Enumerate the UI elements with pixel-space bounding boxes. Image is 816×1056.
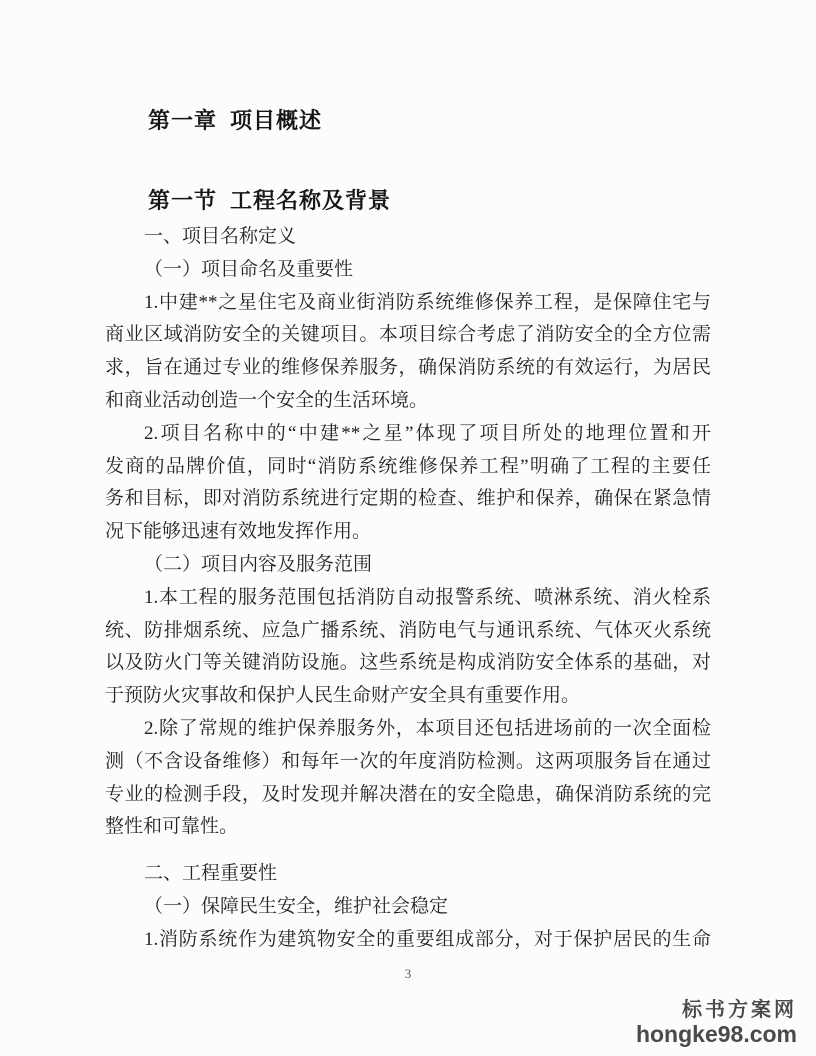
text-line: 整性和可靠性。 [105,811,711,844]
text-line: 1.消防系统作为建筑物安全的重要组成部分，对于保护居民的生命 [105,924,711,957]
text-line: 务和目标，即对消防系统进行定期的检查、维护和保养，确保在紧急情 [105,483,711,516]
text-line: （一）项目命名及重要性 [105,254,711,287]
section-title: 第一节 工程名称及背景 [148,187,391,215]
text-line: 2.除了常规的维护保养服务外，本项目还包括进场前的一次全面检 [105,713,711,746]
chapter-title: 第一章 项目概述 [148,107,322,135]
text-line: 测（不含设备维修）和每年一次的年度消防检测。这两项服务旨在通过 [105,746,711,779]
text-line: （一）保障民生安全，维护社会稳定 [105,891,711,924]
page-number: 3 [0,966,816,982]
watermark-site-url: hongke98.com [636,1022,797,1047]
text-line: 一、项目名称定义 [105,221,711,254]
document-page: 第一章 项目概述 第一节 工程名称及背景 一、项目名称定义（一）项目命名及重要性… [0,0,816,1056]
text-line: （二）项目内容及服务范围 [105,549,711,582]
text-line: 以及防火门等关键消防设施。这些系统是构成消防安全体系的基础，对 [105,647,711,680]
text-line: 专业的检测手段，及时发现并解决潜在的安全隐患，确保消防系统的完 [105,779,711,812]
watermark: 标书方案网 hongke98.com [636,999,797,1047]
text-line: 和商业活动创造一个安全的生活环境。 [105,385,711,418]
watermark-site-name: 标书方案网 [636,999,797,1022]
text-line: 况下能够迅速有效地发挥作用。 [105,516,711,549]
blank-line [105,844,711,858]
text-line: 商业区域消防安全的关键项目。本项目综合考虑了消防安全的全方位需 [105,319,711,352]
text-line: 二、工程重要性 [105,858,711,891]
text-line: 1.中建**之星住宅及商业街消防系统维修保养工程，是保障住宅与 [105,287,711,320]
document-body: 一、项目名称定义（一）项目命名及重要性1.中建**之星住宅及商业街消防系统维修保… [105,221,711,957]
text-line: 2.项目名称中的“中建**之星”体现了项目所处的地理位置和开 [105,418,711,451]
text-line: 统、防排烟系统、应急广播系统、消防电气与通讯系统、气体灭火系统 [105,615,711,648]
text-line: 1.本工程的服务范围包括消防自动报警系统、喷淋系统、消火栓系 [105,582,711,615]
text-line: 求，旨在通过专业的维修保养服务，确保消防系统的有效运行，为居民 [105,352,711,385]
text-line: 于预防火灾事故和保护人民生命财产安全具有重要作用。 [105,680,711,713]
text-line: 发商的品牌价值，同时“消防系统维修保养工程”明确了工程的主要任 [105,451,711,484]
